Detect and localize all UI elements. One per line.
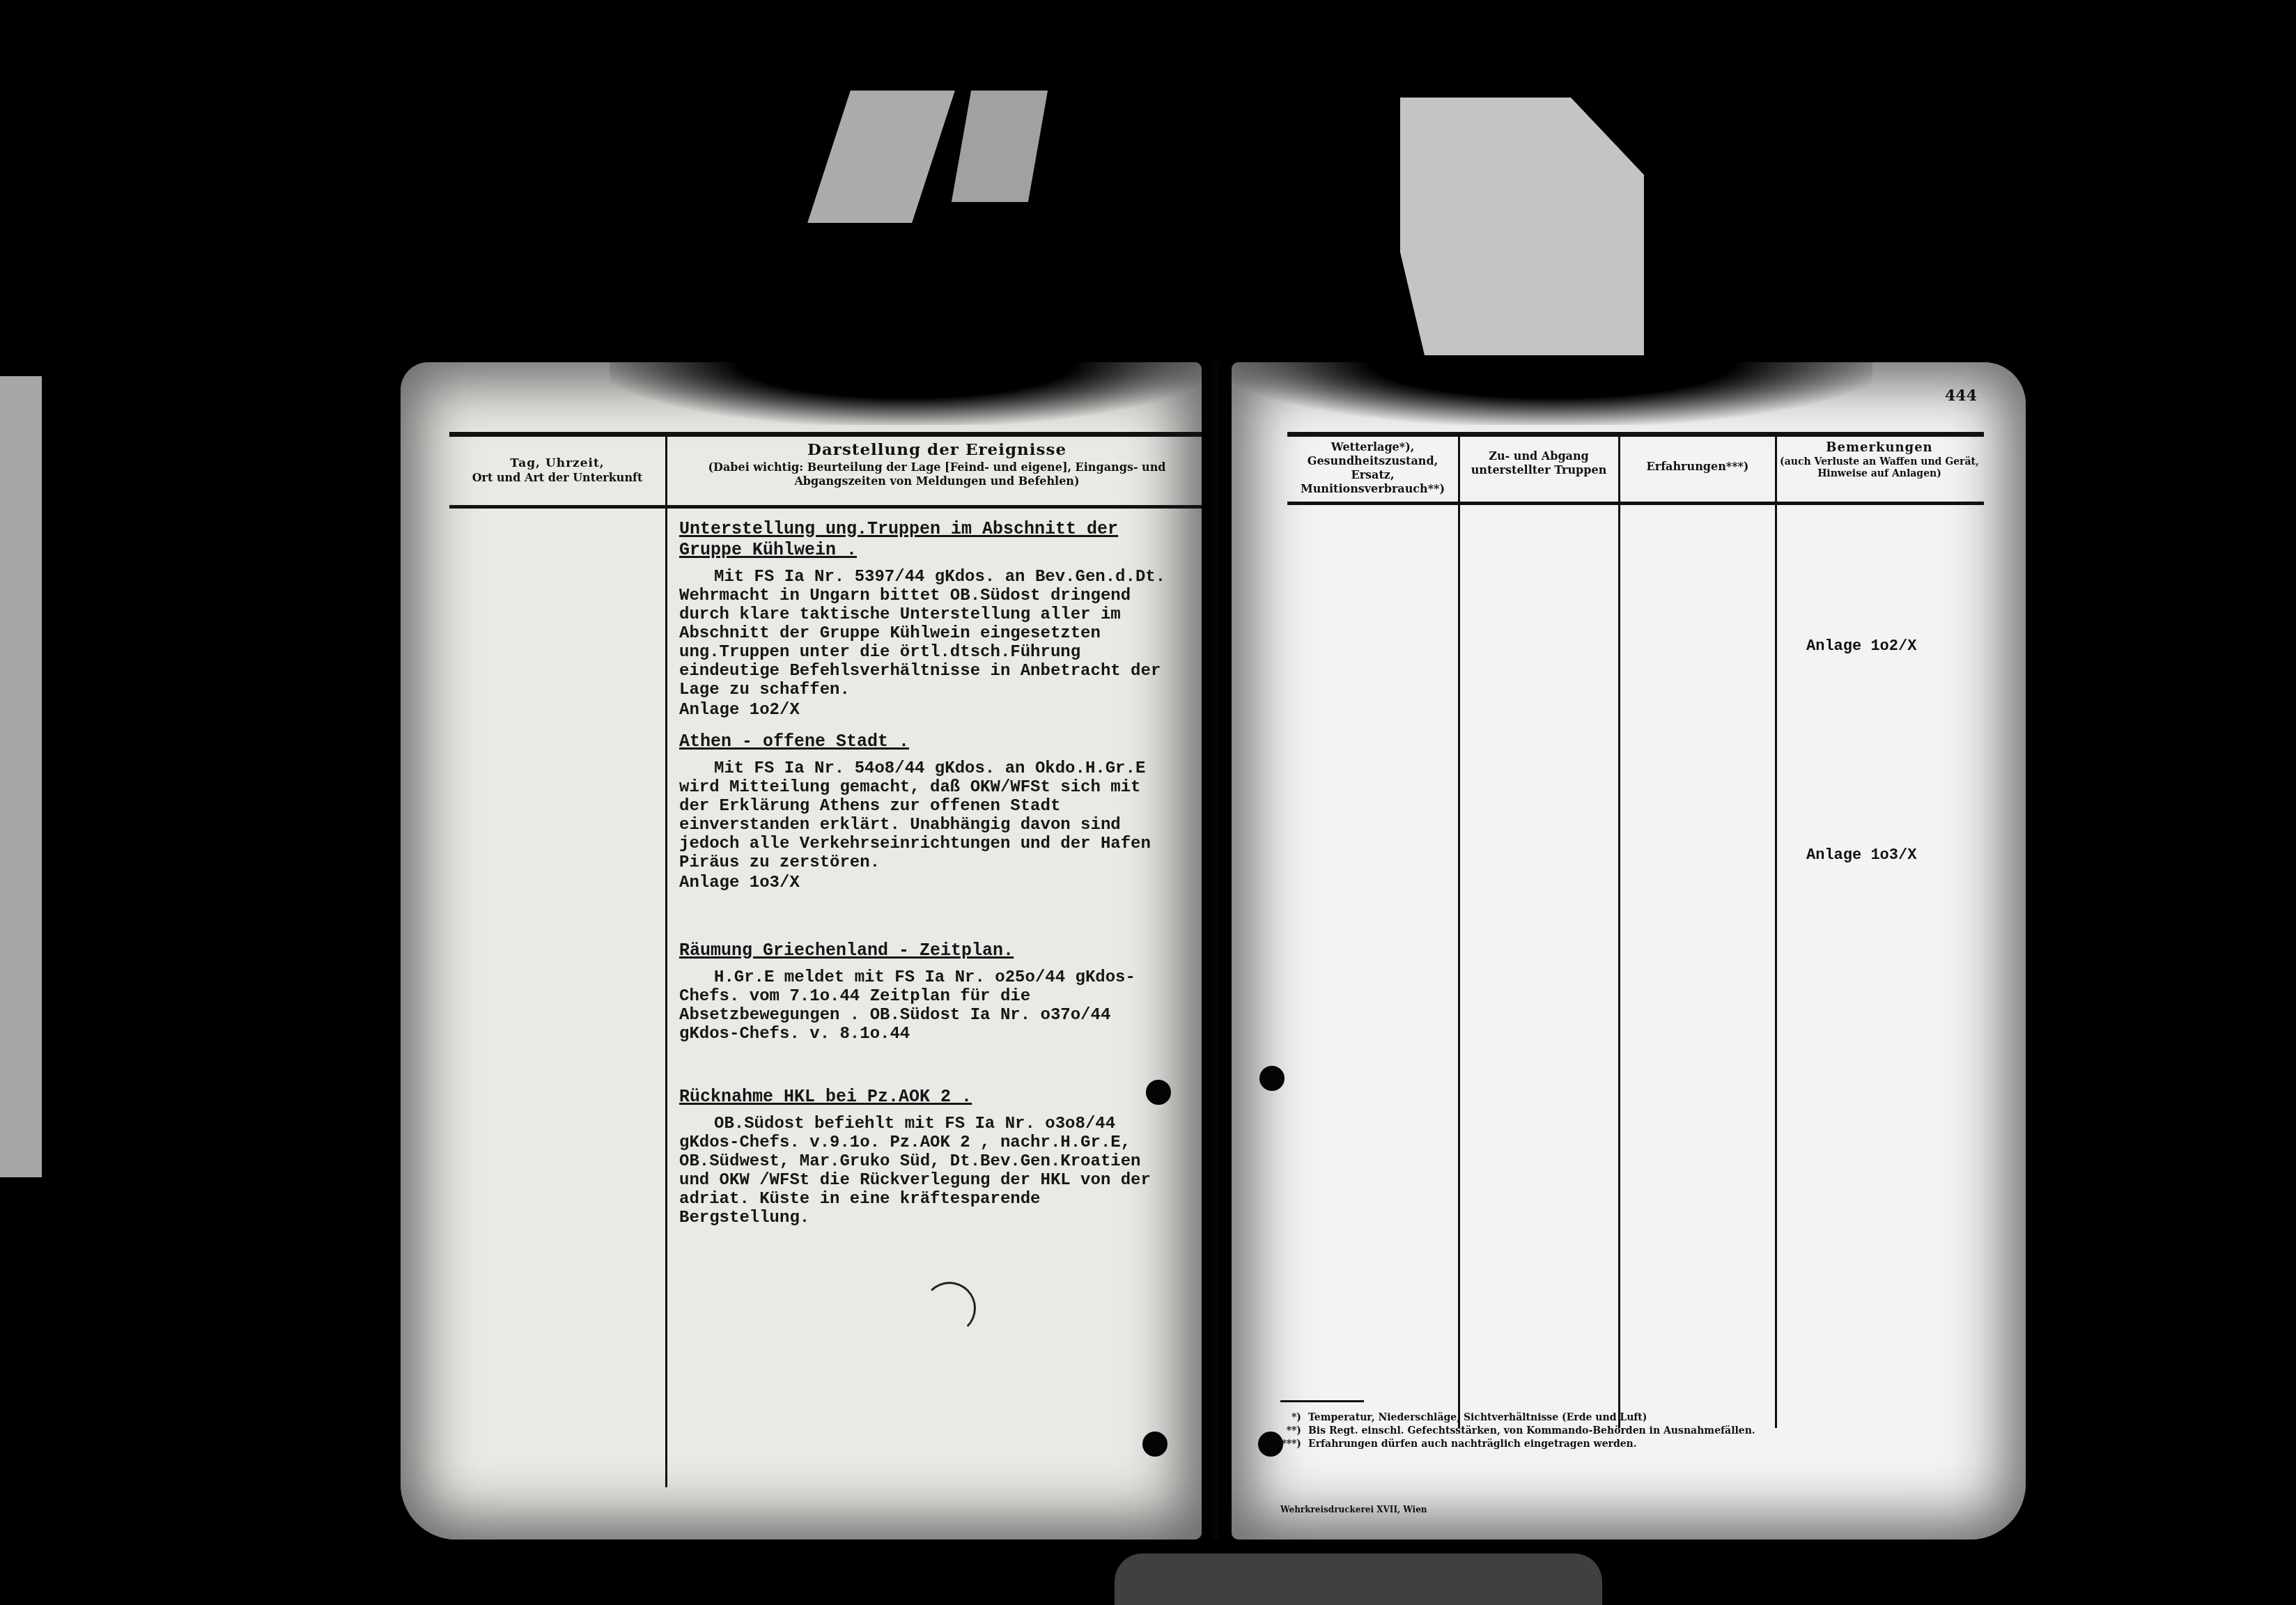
entry-title: Unterstellung ung.Truppen im Abschnitt d… bbox=[679, 519, 1181, 561]
header-bottom-rule bbox=[1287, 502, 1984, 505]
column-header-weather-text: Wetterlage*), Gesundheitszustand, Ersatz… bbox=[1291, 440, 1455, 496]
footnote: ***)Erfahrungen dürfen auch nachträglich… bbox=[1280, 1439, 1768, 1450]
column-header-date: Tag, Uhrzeit, Ort und Art der Unterkunft bbox=[449, 456, 665, 485]
scan-glare bbox=[952, 91, 1048, 202]
column-header-remarks-subtitle: (auch Verluste an Waffen und Gerät, Hinw… bbox=[1778, 456, 1980, 481]
scan-artifact bbox=[1115, 1553, 1602, 1605]
right-page: 444 Wetterlage*), Gesundheitszustand, Er… bbox=[1232, 362, 2026, 1540]
left-page: Tag, Uhrzeit, Ort und Art der Unterkunft… bbox=[401, 362, 1202, 1540]
diary-entry: Rücknahme HKL bei Pz.AOK 2 . OB.Südost b… bbox=[679, 1087, 1181, 1227]
scan-shadow bbox=[610, 362, 1202, 425]
annex-reference: Anlage 1o3/X bbox=[679, 874, 1181, 892]
header-top-rule bbox=[449, 432, 1202, 437]
scan-shadow bbox=[1232, 362, 1872, 425]
footnote: *)Temperatur, Niederschläge, Sichtverhäl… bbox=[1280, 1412, 1768, 1423]
column-header-date-subtitle: Ort und Art der Unterkunft bbox=[449, 471, 665, 485]
column-header-remarks-title: Bemerkungen bbox=[1778, 440, 1980, 456]
column-header-weather: Wetterlage*), Gesundheitszustand, Ersatz… bbox=[1291, 440, 1455, 496]
entry-title: Athen - offene Stadt . bbox=[679, 731, 1181, 752]
column-header-events: Darstellung der Ereignisse (Dabei wichti… bbox=[679, 440, 1195, 488]
remark-annex: Anlage 1o2/X bbox=[1806, 637, 1916, 655]
column-header-events-title: Darstellung der Ereignisse bbox=[679, 440, 1195, 460]
printer-imprint: Wehrkreisdruckerei XVII, Wien bbox=[1280, 1505, 1427, 1514]
column-divider bbox=[1458, 432, 1460, 1428]
annex-reference: Anlage 1o2/X bbox=[679, 701, 1181, 720]
column-header-date-title: Tag, Uhrzeit, bbox=[449, 456, 665, 471]
remark-annex: Anlage 1o3/X bbox=[1806, 846, 1916, 864]
column-divider bbox=[665, 432, 667, 1487]
column-header-experiences-text: Erfahrungen***) bbox=[1622, 460, 1774, 474]
pencil-mark bbox=[923, 1282, 976, 1335]
column-divider bbox=[1618, 432, 1620, 1428]
punch-hole bbox=[1258, 1432, 1283, 1457]
punch-hole bbox=[1146, 1080, 1171, 1105]
footnote-rule bbox=[1280, 1400, 1364, 1402]
punch-hole bbox=[1259, 1066, 1285, 1091]
entry-body: Mit FS Ia Nr. 5397/44 gKdos. an Bev.Gen.… bbox=[679, 568, 1181, 699]
column-header-events-subtitle: (Dabei wichtig: Beurteilung der Lage [Fe… bbox=[679, 460, 1195, 488]
entry-body: Mit FS Ia Nr. 54o8/44 gKdos. an Okdo.H.G… bbox=[679, 759, 1181, 872]
adjacent-page-edge bbox=[0, 376, 42, 1177]
column-header-experiences: Erfahrungen***) bbox=[1622, 460, 1774, 474]
header-bottom-rule bbox=[449, 505, 1202, 509]
column-header-remarks: Bemerkungen (auch Verluste an Waffen und… bbox=[1778, 440, 1980, 481]
column-divider bbox=[1775, 432, 1777, 1428]
column-header-troops: Zu- und Abgang unterstellter Truppen bbox=[1461, 449, 1616, 477]
footnote: **)Bis Regt. einschl. Gefechtsstärken, v… bbox=[1280, 1425, 1768, 1436]
entry-title: Räumung Griechenland - Zeitplan. bbox=[679, 940, 1181, 961]
scan-glare bbox=[807, 91, 955, 223]
page-gutter bbox=[1212, 362, 1219, 1540]
scan-glare bbox=[1400, 98, 1644, 355]
column-header-troops-text: Zu- und Abgang unterstellter Truppen bbox=[1461, 449, 1616, 477]
diary-entry: Athen - offene Stadt . Mit FS Ia Nr. 54o… bbox=[679, 731, 1181, 892]
punch-hole bbox=[1142, 1432, 1168, 1457]
entry-title: Rücknahme HKL bei Pz.AOK 2 . bbox=[679, 1087, 1181, 1108]
header-top-rule bbox=[1287, 432, 1984, 437]
page-number: 444 bbox=[1945, 387, 1977, 405]
footnotes: *)Temperatur, Niederschläge, Sichtverhäl… bbox=[1280, 1400, 1768, 1452]
diary-entry: Räumung Griechenland - Zeitplan. H.Gr.E … bbox=[679, 940, 1181, 1044]
diary-entry: Unterstellung ung.Truppen im Abschnitt d… bbox=[679, 519, 1181, 720]
entry-body: H.Gr.E meldet mit FS Ia Nr. o25o/44 gKdo… bbox=[679, 968, 1181, 1044]
entry-body: OB.Südost befiehlt mit FS Ia Nr. o3o8/44… bbox=[679, 1115, 1181, 1227]
